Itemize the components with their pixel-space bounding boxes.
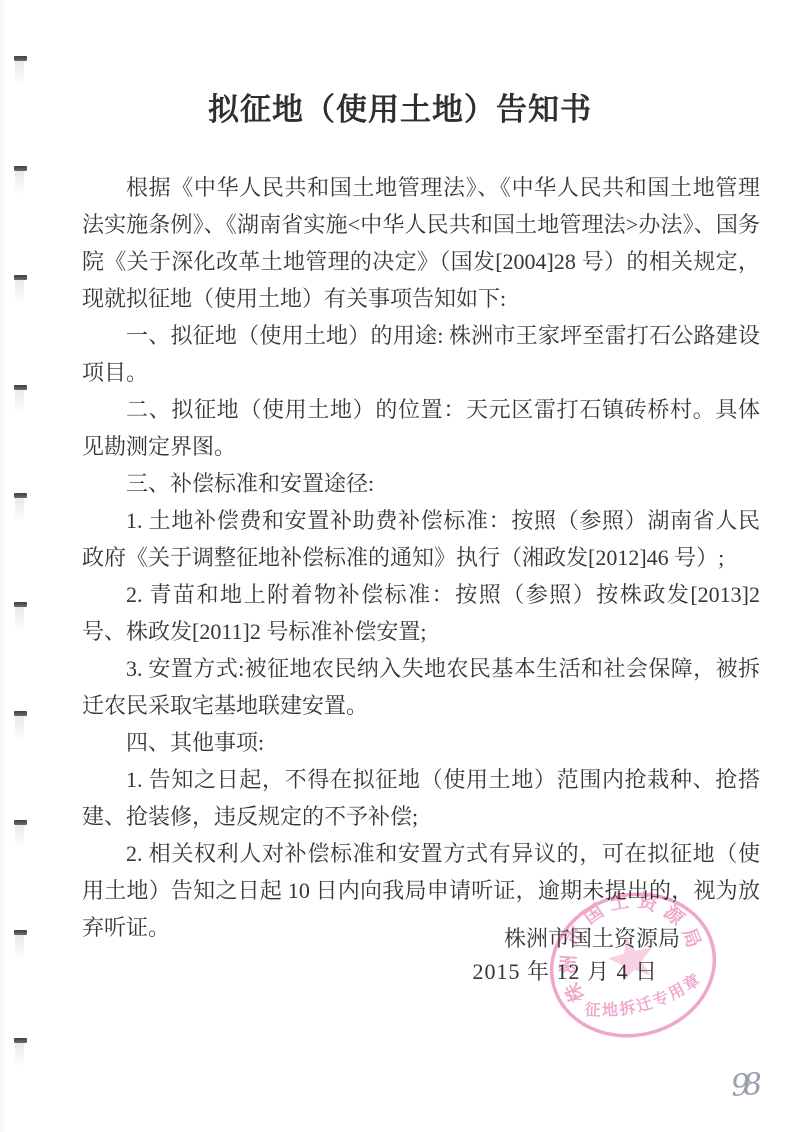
- paragraph-purpose: 一、拟征地（使用土地）的用途: 株洲市王家坪至雷打石公路建设项目。: [82, 317, 760, 391]
- notice-body: 根据《中华人民共和国土地管理法》、《中华人民共和国土地管理法实施条例》、《湖南省…: [82, 169, 760, 946]
- binder-hole-mark: [14, 1038, 28, 1068]
- binder-hole-mark: [14, 602, 28, 632]
- paragraph-location: 二、拟征地（使用土地）的位置：天元区雷打石镇砖桥村。具体见勘测定界图。: [82, 391, 760, 465]
- signature-block: 株洲市国土资源局 2015 年 12 月 4 日: [472, 922, 680, 988]
- binder-hole-mark: [14, 930, 28, 960]
- signature-organization: 株洲市国土资源局: [472, 922, 680, 955]
- binder-hole-mark: [14, 275, 28, 305]
- signature-date: 2015 年 12 月 4 日: [472, 955, 658, 988]
- page-number: 98: [730, 1067, 757, 1104]
- binder-hole-mark: [14, 493, 28, 523]
- paragraph-basis: 根据《中华人民共和国土地管理法》、《中华人民共和国土地管理法实施条例》、《湖南省…: [82, 169, 760, 317]
- paragraph-prohibitions: 1. 告知之日起，不得在拟征地（使用土地）范围内抢栽种、抢搭建、抢装修，违反规定…: [82, 761, 760, 835]
- binder-hole-mark: [14, 166, 28, 196]
- binder-hole-mark: [14, 820, 28, 850]
- paragraph-other-heading: 四、其他事项:: [82, 724, 760, 761]
- binder-hole-mark: [14, 711, 28, 741]
- paragraph-land-compensation: 1. 土地补偿费和安置补助费补偿标准：按照（参照）湖南省人民政府《关于调整征地补…: [82, 502, 760, 576]
- paragraph-crop-compensation: 2. 青苗和地上附着物补偿标准：按照（参照）按株政发[2013]2 号、株政发[…: [82, 576, 760, 650]
- paragraph-resettlement: 3. 安置方式:被征地农民纳入失地农民基本生活和社会保障，被拆迁农民采取宅基地联…: [82, 650, 760, 724]
- paragraph-compensation-heading: 三、补偿标准和安置途径:: [82, 465, 760, 502]
- document-page: 拟征地（使用土地）告知书 根据《中华人民共和国土地管理法》、《中华人民共和国土地…: [0, 0, 800, 1132]
- binder-hole-mark: [14, 56, 28, 86]
- page-title: 拟征地（使用土地）告知书: [0, 84, 800, 129]
- binder-hole-mark: [14, 385, 28, 415]
